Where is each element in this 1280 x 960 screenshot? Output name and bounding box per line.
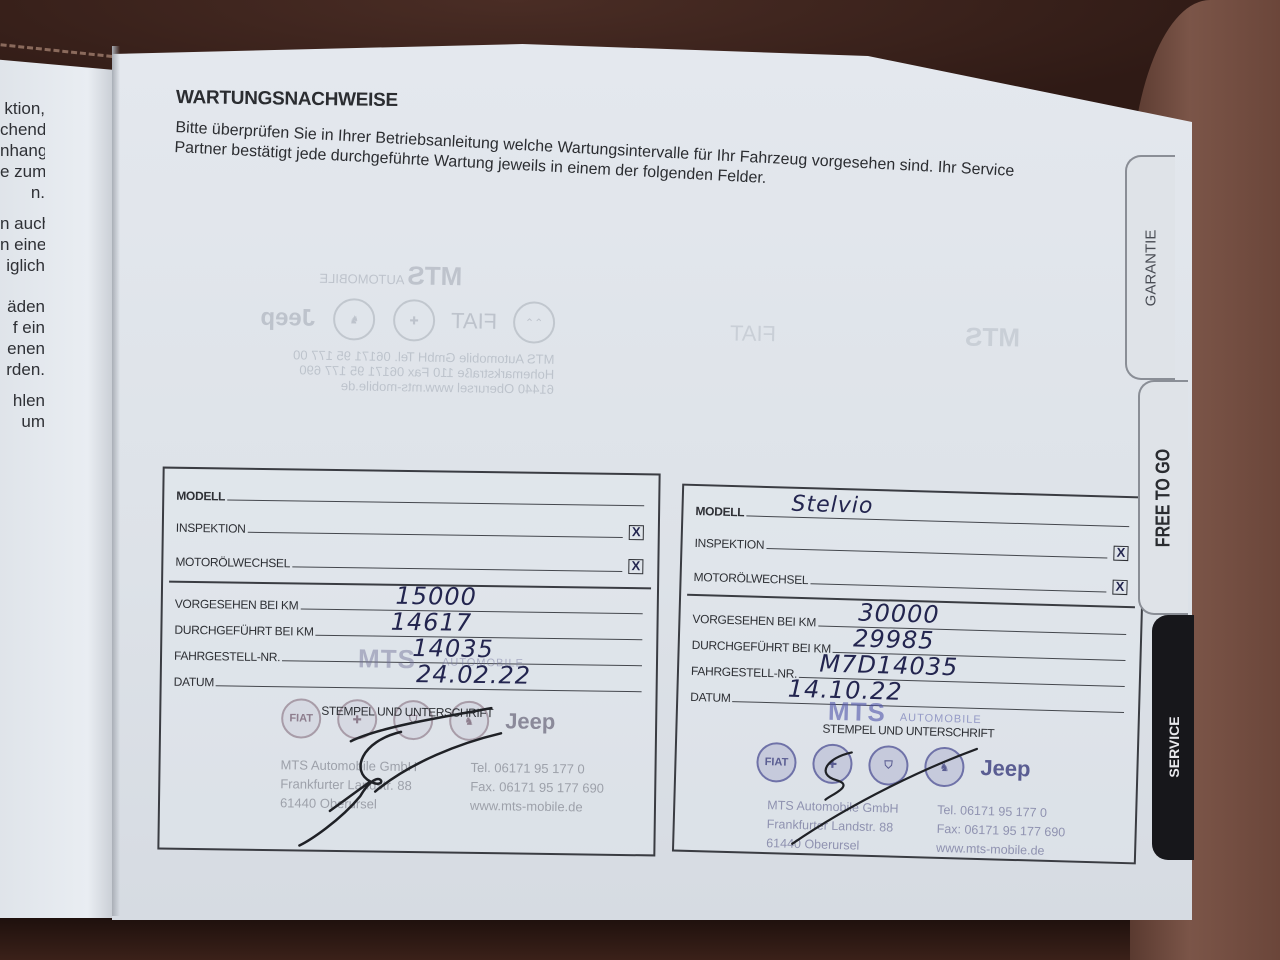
jeep-logo-icon: Jeep (505, 708, 556, 735)
page-gutter-shadow (112, 46, 120, 916)
field-oelwechsel: MOTORÖLWECHSEL X (693, 562, 1127, 596)
inspektion-checkbox[interactable]: X (629, 525, 644, 540)
page-title: WARTUNGSNACHWEISE (176, 87, 398, 112)
field-oelwechsel: MOTORÖLWECHSEL X (175, 547, 643, 576)
field-inspektion: INSPEKTION X (176, 513, 644, 542)
tab-free-to-go[interactable]: FREE TO GO (1138, 380, 1188, 615)
alfa-romeo-logo-icon: ✚ (812, 743, 853, 784)
inspektion-checkbox[interactable]: X (1113, 546, 1128, 561)
fiat-logo-icon: FIAT (281, 698, 322, 739)
lancia-logo-icon: ⛉ (868, 745, 909, 786)
dealer-brand-logos: FIAT ✚ ⛉ ♞ Jeep (756, 742, 1031, 790)
jeep-logo-icon: Jeep (980, 755, 1031, 782)
left-paragraph: äden f ein enen rden. (0, 296, 45, 380)
left-page-text: ktion, chend nhang e zum n. n auch n ein… (0, 98, 45, 442)
durchgefuehrt-km-value[interactable]: 14617 (391, 608, 473, 637)
oelwechsel-checkbox[interactable]: X (1112, 580, 1127, 595)
abarth-logo-icon: ♞ (333, 298, 376, 341)
alfa-romeo-logo-icon: ✚ (393, 299, 436, 342)
ghost-stamp-show-through-2: MTS FIAT (730, 317, 1020, 353)
ghost-brand-logos: ⌃⌃ FIAT ✚ ♞ Jeep (225, 296, 556, 344)
service-entry-1: MODELL INSPEKTION X MOTORÖLWECHSEL X VOR… (157, 467, 660, 857)
field-durchgefuehrt-km: DURCHGEFÜHRT BEI KM 14617 (174, 615, 642, 644)
tab-garantie[interactable]: GARANTIE (1125, 155, 1175, 380)
field-inspektion: INSPEKTION X (694, 528, 1128, 562)
left-paragraph: n auch n eine iglich (0, 213, 45, 276)
abarth-logo-icon: ♞ (924, 746, 965, 787)
modell-value[interactable]: Stelvio (791, 492, 874, 519)
leather-background-bottom (0, 915, 1280, 960)
citroen-logo-icon: ⌃⌃ (513, 301, 556, 344)
jeep-logo-icon: Jeep (260, 304, 315, 333)
fiat-logo-icon: FIAT (756, 742, 797, 783)
dealer-contact: Tel. 06171 95 177 0 Fax: 06171 95 177 69… (936, 801, 1066, 862)
dealer-address: MTS Automobile GmbH Frankfurter Landstr.… (280, 755, 417, 814)
service-entry-2: MODELL Stelvio INSPEKTION X MOTORÖLWECHS… (672, 484, 1146, 865)
dealer-address: MTS Automobile GmbH Frankfurter Landstr.… (766, 796, 899, 857)
dealer-contact: Tel. 06171 95 177 0 Fax. 06171 95 177 69… (470, 758, 605, 817)
left-paragraph: hlen um (0, 390, 45, 432)
field-modell: MODELL (176, 481, 644, 510)
stamp-signature-label: STEMPEL UND UNTERSCHRIFT (321, 704, 493, 720)
fiat-logo-icon: FIAT (453, 300, 496, 343)
left-paragraph: ktion, chend nhang e zum n. (0, 98, 45, 203)
field-modell: MODELL Stelvio (695, 496, 1129, 530)
dealer-stamp-mts: MTS (358, 643, 416, 675)
vorgesehen-km-value[interactable]: 15000 (395, 582, 477, 611)
ghost-stamp-show-through: MTS AUTOMOBILE ⌃⌃ FIAT ✚ ♞ Jeep MTS Auto… (224, 257, 556, 397)
oelwechsel-checkbox[interactable]: X (628, 559, 643, 574)
tab-service[interactable]: SERVICE (1152, 615, 1194, 860)
